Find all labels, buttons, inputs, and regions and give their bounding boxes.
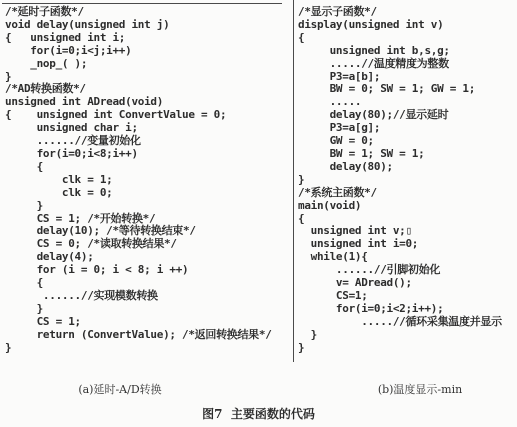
code-line: main(void) [298, 200, 516, 213]
code-line: ......//实现模数转换 [5, 290, 290, 303]
code-line: for (i = 0; i < 8; i ++) [5, 264, 290, 277]
code-line: { [298, 32, 516, 45]
code-line: display(unsigned int v) [298, 19, 516, 32]
code-line: clk = 1; [5, 174, 290, 187]
code-line: v= ADread(); [298, 277, 516, 290]
code-block-display-main: /*显示子函数*/display(unsigned int v){ unsign… [298, 6, 516, 354]
code-line: .....//温度精度为整数 [298, 58, 516, 71]
code-line: clk = 0; [5, 187, 290, 200]
code-line: /*延时子函数*/ [5, 6, 290, 19]
code-line: { [5, 277, 290, 290]
code-line: CS=1; [298, 290, 516, 303]
code-line: } [5, 303, 290, 316]
caption-b-temperature-display: (b)温度显示-min [330, 381, 510, 397]
code-line: { [5, 161, 290, 174]
caption-a-delay-ad: (a)延时-A/D转换 [30, 381, 210, 397]
figure-caption: 图7 主要函数的代码 [0, 405, 517, 422]
code-line: } [298, 342, 516, 355]
top-border-line [2, 3, 282, 4]
code-line: } [5, 342, 290, 355]
code-line: } [298, 174, 516, 187]
code-line: unsigned int b,s,g; [298, 45, 516, 58]
code-line: _nop_( ); [5, 58, 290, 71]
code-line: /*显示子函数*/ [298, 6, 516, 19]
code-line: } [5, 200, 290, 213]
code-line: /*系统主函数*/ [298, 187, 516, 200]
code-line: for(i=0;i<2;i++); [298, 303, 516, 316]
code-line: for(i=0;i<j;i++) [5, 45, 290, 58]
code-line: return (ConvertValue); /*返回转换结果*/ [5, 329, 290, 342]
code-line: void delay(unsigned int j) [5, 19, 290, 32]
code-line: CS = 1; [5, 316, 290, 329]
code-line: .....//循环采集温度并显示 [298, 316, 516, 329]
code-line: for(i=0;i<8;i++) [5, 148, 290, 161]
code-block-delay-ad-conversion: /*延时子函数*/void delay(unsigned int j){ uns… [5, 6, 290, 354]
figure-page: /*延时子函数*/void delay(unsigned int j){ uns… [0, 0, 517, 427]
code-line: { unsigned int i; [5, 32, 290, 45]
code-line: delay(80); [298, 161, 516, 174]
code-line: } [298, 329, 516, 342]
code-line: BW = 1; SW = 1; [298, 148, 516, 161]
column-divider-line [293, 0, 294, 362]
